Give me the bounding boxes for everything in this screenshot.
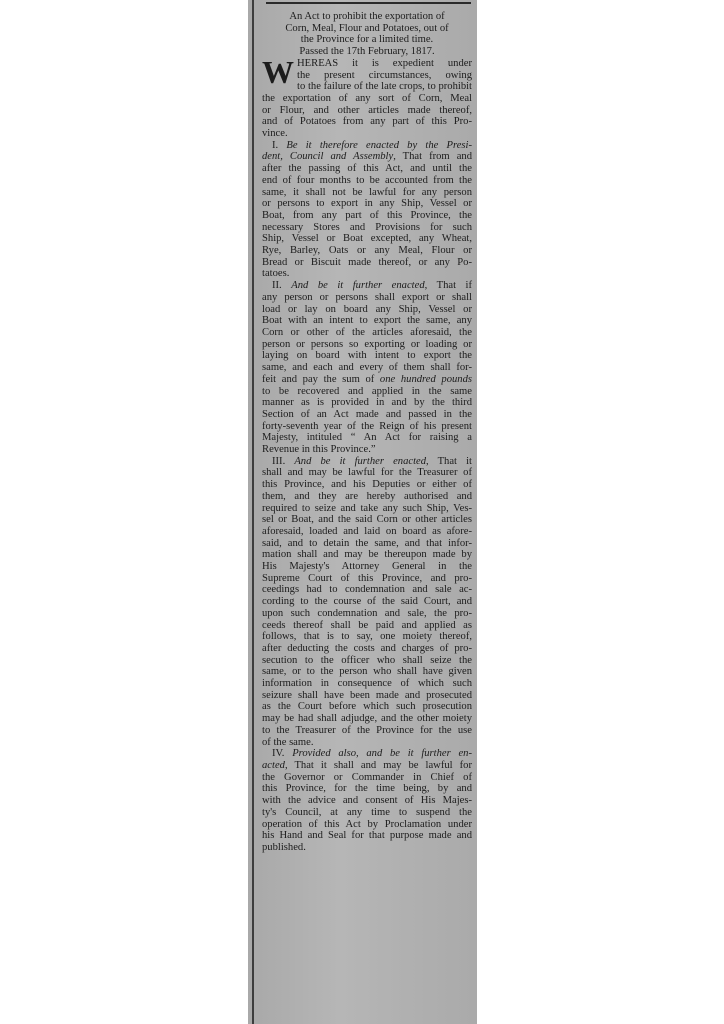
section-line: sel or Boat, and the said Corn or other … [262, 514, 472, 526]
act-text: An Act to prohibit the exportation of Co… [262, 11, 472, 854]
section-line: secution to the officer who shall seize … [262, 655, 472, 667]
section-line: seizure shall have been made and prosecu… [262, 690, 472, 702]
section-line: aforesaid, loaded and laid on board as a… [262, 526, 472, 538]
section-line: Corn or other of the articles aforesaid,… [262, 327, 472, 339]
preamble-line: and of Potatoes from any part of this Pr… [262, 116, 472, 128]
section-line: this Province, for the time being, by an… [262, 783, 472, 795]
preamble-line: or Flour, and other articles made thereo… [262, 105, 472, 117]
act-sections: I. Be it therefore enacted by the Presi-… [262, 140, 472, 854]
section-line: Rye, Barley, Oats or any Meal, Flour or [262, 245, 472, 257]
newspaper-column: An Act to prohibit the exportation of Co… [248, 0, 477, 1024]
section-line: operation of this Act by Proclamation un… [262, 819, 472, 831]
section-line: after deducting the costs and charges of… [262, 643, 472, 655]
title-line: An Act to prohibit the exportation of [264, 11, 470, 23]
section-line: tatoes. [262, 268, 472, 280]
section-1: I. Be it therefore enacted by the Presi-… [262, 140, 472, 280]
section-line: or persons to export in any Ship, Vessel… [262, 198, 472, 210]
section-line: after the passing of this Act, and until… [262, 163, 472, 175]
section-4: IV. Provided also, and be it further en-… [262, 748, 472, 853]
section-line: his Hand and Seal for that purpose made … [262, 830, 472, 842]
section-line: Bread or Biscuit made thereof, or any Po… [262, 257, 472, 269]
preamble-line: the exportation of any sort of Corn, Mea… [262, 93, 472, 105]
section-line: of the same. [262, 737, 472, 749]
section-line: IV. Provided also, and be it further en- [262, 748, 472, 760]
section-line: necessary Stores and Provisions for such [262, 222, 472, 234]
section-line: shall and may be lawful for the Treasure… [262, 467, 472, 479]
section-line: the Governor or Commander in Chief of [262, 772, 472, 784]
section-line: required to seize and take any such Ship… [262, 503, 472, 515]
section-line: may be had shall adjudge, and the other … [262, 713, 472, 725]
section-line: manner as is provided in and by the thir… [262, 397, 472, 409]
section-line: published. [262, 842, 472, 854]
section-line: follows, that is to say, one moiety ther… [262, 631, 472, 643]
section-line: person or persons so exporting or loadin… [262, 339, 472, 351]
title-line: the Province for a limited time. [264, 34, 470, 46]
section-number: III. [272, 456, 294, 467]
section-line: dent, Council and Assembly, That from an… [262, 151, 472, 163]
section-line: said, and to detain the same, and that i… [262, 538, 472, 550]
section-number: II. [272, 280, 291, 291]
column-rule-left [252, 0, 254, 1024]
section-line: information in consequence of which such [262, 678, 472, 690]
preamble-line: vince. [262, 128, 472, 140]
section-line: same, and each and every of them shall f… [262, 362, 472, 374]
section-line: upon such condemnation and sale, the pro… [262, 608, 472, 620]
act-title: An Act to prohibit the exportation of Co… [262, 11, 472, 46]
section-line: end of four months to be accounted from … [262, 175, 472, 187]
section-line: same, or to the person who shall have gi… [262, 666, 472, 678]
section-3: III. And be it further enacted, That its… [262, 456, 472, 749]
section-line: as the Court before which such prosecuti… [262, 701, 472, 713]
section-line: them, and they are hereby authorised and [262, 491, 472, 503]
section-line: acted, That it shall and may be lawful f… [262, 760, 472, 772]
section-line: II. And be it further enacted, That if [262, 280, 472, 292]
section-line: to be recovered and applied in the same [262, 386, 472, 398]
section-line: Boat with an intent to export the same, … [262, 315, 472, 327]
section-line: any person or persons shall export or sh… [262, 292, 472, 304]
section-number: I. [272, 140, 286, 151]
section-line: mation shall and may be thereupon made b… [262, 549, 472, 561]
section-line: to the Treasurer of the Province for the… [262, 725, 472, 737]
section-line: ceeds thereof shall be paid and applied … [262, 620, 472, 632]
section-line: this Province, and his Deputies or eithe… [262, 479, 472, 491]
section-2: II. And be it further enacted, That ifan… [262, 280, 472, 456]
section-line: Boat, from any part of this Province, th… [262, 210, 472, 222]
column-rule-top [266, 2, 471, 4]
section-line: load or lay on board any Ship, Vessel or [262, 304, 472, 316]
section-line: I. Be it therefore enacted by the Presi- [262, 140, 472, 152]
section-line: forty-seventh year of the Reign of his p… [262, 421, 472, 433]
section-line: feit and pay the sum of one hundred poun… [262, 374, 472, 386]
section-line: laying on board with intent to export th… [262, 350, 472, 362]
section-line: cording to the course of the said Court,… [262, 596, 472, 608]
section-number: IV. [272, 748, 292, 759]
section-line: Section of an Act made and passed in the [262, 409, 472, 421]
section-line: Majesty, intituled “ An Act for raising … [262, 432, 472, 444]
section-line: Revenue in this Province.” [262, 444, 472, 456]
section-line: Ship, Vessel or Boat excepted, any Wheat… [262, 233, 472, 245]
section-line: ceedings had to condemnation and sale ac… [262, 584, 472, 596]
section-line: ty's Council, at any time to suspend the [262, 807, 472, 819]
section-line: same, it shall not be lawful for any per… [262, 187, 472, 199]
section-line: III. And be it further enacted, That it [262, 456, 472, 468]
preamble: W HEREAS it is expedient under the prese… [262, 58, 472, 140]
section-line: His Majesty's Attorney General in the [262, 561, 472, 573]
section-line: with the advice and consent of His Majes… [262, 795, 472, 807]
drop-cap: W [262, 59, 294, 85]
title-line: Corn, Meal, Flour and Potatoes, out of [264, 23, 470, 35]
section-line: Supreme Court of this Province, and pro- [262, 573, 472, 585]
